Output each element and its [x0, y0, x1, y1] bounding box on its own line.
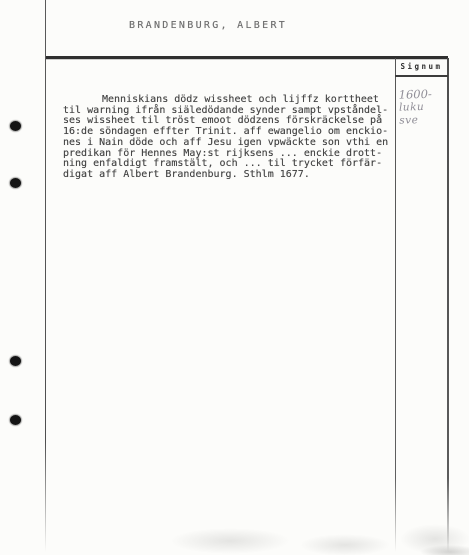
- left-margin-rule: [45, 0, 46, 552]
- signum-box-bottom-rule: [395, 75, 448, 77]
- handwritten-line: 1600-: [398, 87, 448, 101]
- card-body-text: Menniskians dödz wissheet och lijffz kor…: [63, 95, 403, 181]
- punch-hole: [10, 178, 21, 188]
- punch-hole: [10, 356, 21, 366]
- body-line: nes i Nain döde och aff Jesu igen vpwäck…: [63, 138, 403, 149]
- card-heading: BRANDENBURG, ALBERT: [129, 20, 287, 31]
- header-divider-rule: [46, 56, 448, 59]
- scan-smudge: [300, 534, 390, 555]
- scan-smudge: [420, 545, 469, 555]
- catalog-card: BRANDENBURG, ALBERT Signum 1600- luku sv…: [0, 0, 469, 555]
- scan-smudge: [170, 528, 290, 554]
- signum-column-right-rule: [447, 58, 449, 552]
- body-line: digat aff Albert Brandenburg. Sthlm 1677…: [63, 170, 403, 181]
- punch-hole: [10, 415, 21, 425]
- signum-label: Signum: [396, 62, 447, 71]
- handwritten-signum: 1600- luku sve: [398, 87, 449, 127]
- handwritten-line: sve: [399, 113, 449, 127]
- handwritten-line: luku: [399, 100, 449, 114]
- punch-hole: [10, 121, 21, 131]
